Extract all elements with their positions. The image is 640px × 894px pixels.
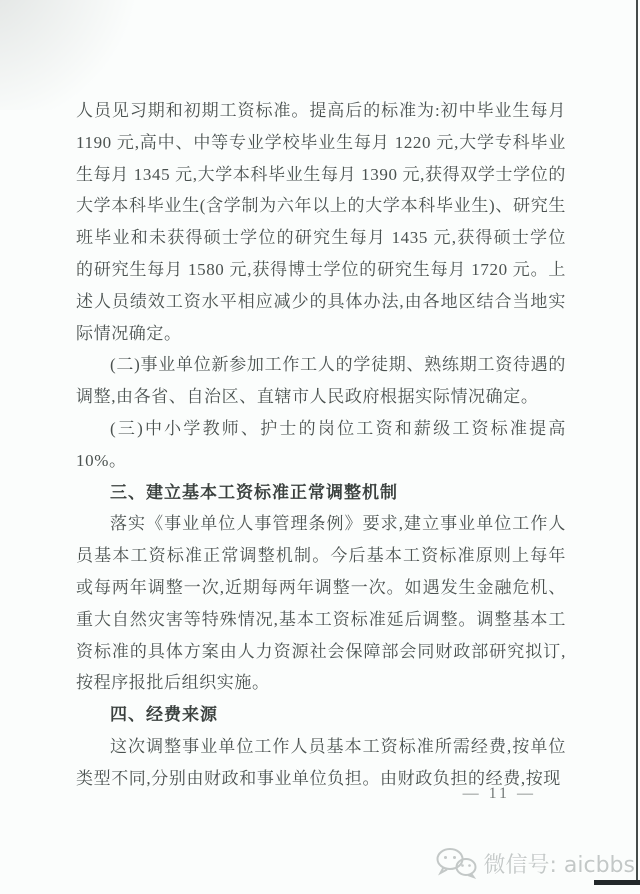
page-number: — 11 — <box>463 785 536 803</box>
body-paragraph: (三)中小学教师、护士的岗位工资和薪级工资标准提高 10%。 <box>76 413 566 477</box>
body-paragraph: (二)事业单位新参加工作工人的学徒期、熟练期工资待遇的调整,由各省、自治区、直辖… <box>76 349 566 413</box>
section-heading: 三、建立基本工资标准正常调整机制 <box>76 477 566 509</box>
watermark: 微信号: aicbbs <box>435 847 636 879</box>
scan-corner-shadow <box>0 0 160 110</box>
scanned-document-page: 人员见习期和初期工资标准。提高后的标准为:初中毕业生每月 1190 元,高中、中… <box>0 0 640 894</box>
section-heading: 四、经费来源 <box>76 699 566 731</box>
wechat-icon <box>435 847 477 879</box>
watermark-label: 微信号: aicbbs <box>484 848 636 879</box>
body-paragraph: 人员见习期和初期工资标准。提高后的标准为:初中毕业生每月 1190 元,高中、中… <box>76 95 566 349</box>
scan-edge-right <box>636 0 638 882</box>
scan-edge-bottom <box>0 880 640 894</box>
document-blocks: 人员见习期和初期工资标准。提高后的标准为:初中毕业生每月 1190 元,高中、中… <box>76 95 566 795</box>
scan-edge-notch <box>594 880 640 885</box>
body-paragraph: 落实《事业单位人事管理条例》要求,建立事业单位工作人员基本工资标准正常调整机制。… <box>76 508 566 699</box>
